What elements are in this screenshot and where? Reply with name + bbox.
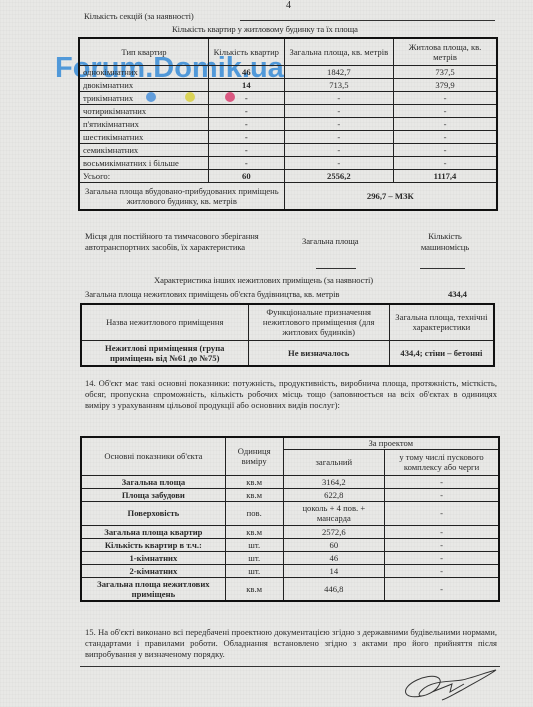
apt-type: чотирикімнатних — [79, 104, 208, 117]
nr-purpose: Не визначалось — [248, 340, 389, 366]
ind-name: Загальна площа квартир — [81, 525, 225, 538]
apt-living-area: 379,9 — [394, 78, 497, 91]
ind-startup: - — [385, 551, 499, 564]
apt-type: семикімнатних — [79, 143, 208, 156]
apt-total-area: - — [284, 91, 393, 104]
ind-general: 14 — [283, 564, 384, 577]
ind-header-project: За проектом — [283, 437, 499, 449]
ind-header-indicator: Основні показники об'єкта — [81, 437, 225, 475]
header-type: Тип квартир — [79, 38, 208, 65]
nonresidential-table: Назва нежитлового приміщення Функціональ… — [80, 303, 495, 367]
nr-header-purpose: Функціональне призначення нежитлового пр… — [248, 304, 389, 340]
section15-text: 15. На об'єкті виконано всі передбачені … — [85, 627, 497, 660]
apt-total-area: - — [284, 130, 393, 143]
apt-count: - — [208, 143, 284, 156]
apartment-row: семикімнатних--- — [79, 143, 497, 156]
ind-startup: - — [385, 564, 499, 577]
ind-general: цоколь + 4 пов. + мансарда — [283, 501, 384, 525]
ind-unit: шт. — [225, 538, 283, 551]
nr-header-name: Назва нежитлового приміщення — [81, 304, 248, 340]
parking-capacity-line — [420, 268, 465, 269]
parking-capacity-label: Кількість машиномісць — [410, 231, 480, 253]
nonresidential-header-row: Назва нежитлового приміщення Функціональ… — [81, 304, 494, 340]
apartments-table: Тип квартир Кількість квартир Загальна п… — [78, 37, 498, 211]
apartment-row: п'ятикімнатних--- — [79, 117, 497, 130]
apt-living-area: - — [394, 143, 497, 156]
indicator-row: Поверховістьпов.цоколь + 4 пов. + мансар… — [81, 501, 499, 525]
ind-unit: кв.м — [225, 577, 283, 601]
stamp-fragment — [505, 290, 533, 380]
indicator-row: 2-кімнатнихшт.14- — [81, 564, 499, 577]
apartment-row: чотирикімнатних--- — [79, 104, 497, 117]
apt-type: двокімнатних — [79, 78, 208, 91]
apt-total-area: - — [284, 143, 393, 156]
indicator-row: Площа забудовикв.м622,8- — [81, 488, 499, 501]
apartments-total-row: Усього: 60 2556,2 1117,4 — [79, 169, 497, 182]
apt-living-area: - — [394, 130, 497, 143]
page-number: 4 — [286, 0, 291, 11]
nr-name: Нежитлові приміщення (група приміщень ві… — [81, 340, 248, 366]
ind-unit: шт. — [225, 564, 283, 577]
nonresidential-row: Нежитлові приміщення (група приміщень ві… — [81, 340, 494, 366]
parking-area-label: Загальна площа — [302, 236, 359, 246]
ind-header-unit: Одиниця виміру — [225, 437, 283, 475]
sections-count-label: Кількість секцій (за наявності) — [84, 11, 194, 21]
apt-type: шестикімнатних — [79, 130, 208, 143]
nonresidential-title: Характеристика інших нежитлових приміщен… — [154, 275, 373, 285]
ind-name: Кількість квартир в т.ч.: — [81, 538, 225, 551]
ind-unit: шт. — [225, 551, 283, 564]
ind-header-general: загальний — [283, 449, 384, 475]
parking-area-line — [316, 268, 356, 269]
ind-startup: - — [385, 488, 499, 501]
apt-total-area: 713,5 — [284, 78, 393, 91]
apt-count: - — [208, 130, 284, 143]
ind-startup: - — [385, 475, 499, 488]
apt-type: п'ятикімнатних — [79, 117, 208, 130]
apartment-row: двокімнатних14713,5379,9 — [79, 78, 497, 91]
ind-name: 2-кімнатних — [81, 564, 225, 577]
apartment-row: восьмикімнатних і більше--- — [79, 156, 497, 169]
ind-startup: - — [385, 525, 499, 538]
apt-living-area: - — [394, 104, 497, 117]
apt-count: 14 — [208, 78, 284, 91]
nr-area: 434,4; стіни – бетонні — [389, 340, 494, 366]
builtin-label: Загальна площа вбудовано-прибудованих пр… — [79, 182, 284, 210]
signature-icon — [392, 666, 502, 706]
ind-unit: кв.м — [225, 475, 283, 488]
apt-count: 46 — [208, 65, 284, 78]
apartments-table-title: Кількість квартир у житловому будинку та… — [172, 24, 358, 34]
parking-label: Місця для постійного та тимчасового збер… — [85, 231, 270, 253]
apt-living-area: 737,5 — [394, 65, 497, 78]
document-page: Forum.Domik.ua 4 Кількість секцій (за на… — [0, 0, 533, 707]
ind-name: 1-кімнатних — [81, 551, 225, 564]
apt-total-area: - — [284, 104, 393, 117]
header-total-area: Загальна площа, кв. метрів — [284, 38, 393, 65]
ind-startup: - — [385, 577, 499, 601]
ind-general: 446,8 — [283, 577, 384, 601]
total-living-area: 1117,4 — [394, 169, 497, 182]
apt-type: однокімнатних — [79, 65, 208, 78]
nonresidential-total-value: 434,4 — [448, 289, 467, 299]
apt-count: - — [208, 91, 284, 104]
ind-unit: кв.м — [225, 488, 283, 501]
ind-general: 60 — [283, 538, 384, 551]
ind-general: 46 — [283, 551, 384, 564]
apartment-row: трикімнатних--- — [79, 91, 497, 104]
apt-count: - — [208, 104, 284, 117]
apt-living-area: - — [394, 156, 497, 169]
ind-general: 2572,6 — [283, 525, 384, 538]
ind-startup: - — [385, 538, 499, 551]
header-living-area: Житлова площа, кв. метрів — [394, 38, 497, 65]
apt-total-area: 1842,7 — [284, 65, 393, 78]
indicator-row: Загальна площа нежитлових приміщенькв.м4… — [81, 577, 499, 601]
total-count: 60 — [208, 169, 284, 182]
apt-total-area: - — [284, 156, 393, 169]
section14-text: 14. Об'єкт має такі основні показники: п… — [85, 378, 497, 411]
apt-type: восьмикімнатних і більше — [79, 156, 208, 169]
apt-type: трикімнатних — [79, 91, 208, 104]
indicator-row: 1-кімнатнихшт.46- — [81, 551, 499, 564]
ind-name: Поверховість — [81, 501, 225, 525]
header-count: Кількість квартир — [208, 38, 284, 65]
ind-header-startup: у тому числі пускового комплексу або чер… — [385, 449, 499, 475]
indicator-row: Загальна площакв.м3164,2- — [81, 475, 499, 488]
total-area: 2556,2 — [284, 169, 393, 182]
indicators-header-row-1: Основні показники об'єкта Одиниця виміру… — [81, 437, 499, 449]
ind-general: 622,8 — [283, 488, 384, 501]
apt-living-area: - — [394, 91, 497, 104]
apt-living-area: - — [394, 117, 497, 130]
builtin-value: 296,7 – МЗК — [284, 182, 497, 210]
apt-total-area: - — [284, 117, 393, 130]
indicator-row: Загальна площа квартиркв.м2572,6- — [81, 525, 499, 538]
indicators-table: Основні показники об'єкта Одиниця виміру… — [80, 436, 500, 602]
apartment-row: шестикімнатних--- — [79, 130, 497, 143]
ind-name: Загальна площа нежитлових приміщень — [81, 577, 225, 601]
ind-unit: кв.м — [225, 525, 283, 538]
apartment-row: однокімнатних461842,7737,5 — [79, 65, 497, 78]
ind-startup: - — [385, 501, 499, 525]
apt-count: - — [208, 117, 284, 130]
nr-header-area: Загальна площа, технічні характеристики — [389, 304, 494, 340]
sections-count-line — [240, 20, 495, 21]
ind-name: Загальна площа — [81, 475, 225, 488]
builtin-row: Загальна площа вбудовано-прибудованих пр… — [79, 182, 497, 210]
total-label: Усього: — [79, 169, 208, 182]
nonresidential-total-label: Загальна площа нежитлових приміщень об'є… — [85, 289, 339, 299]
apartments-header-row: Тип квартир Кількість квартир Загальна п… — [79, 38, 497, 65]
ind-general: 3164,2 — [283, 475, 384, 488]
ind-name: Площа забудови — [81, 488, 225, 501]
indicator-row: Кількість квартир в т.ч.:шт.60- — [81, 538, 499, 551]
ind-unit: пов. — [225, 501, 283, 525]
apt-count: - — [208, 156, 284, 169]
